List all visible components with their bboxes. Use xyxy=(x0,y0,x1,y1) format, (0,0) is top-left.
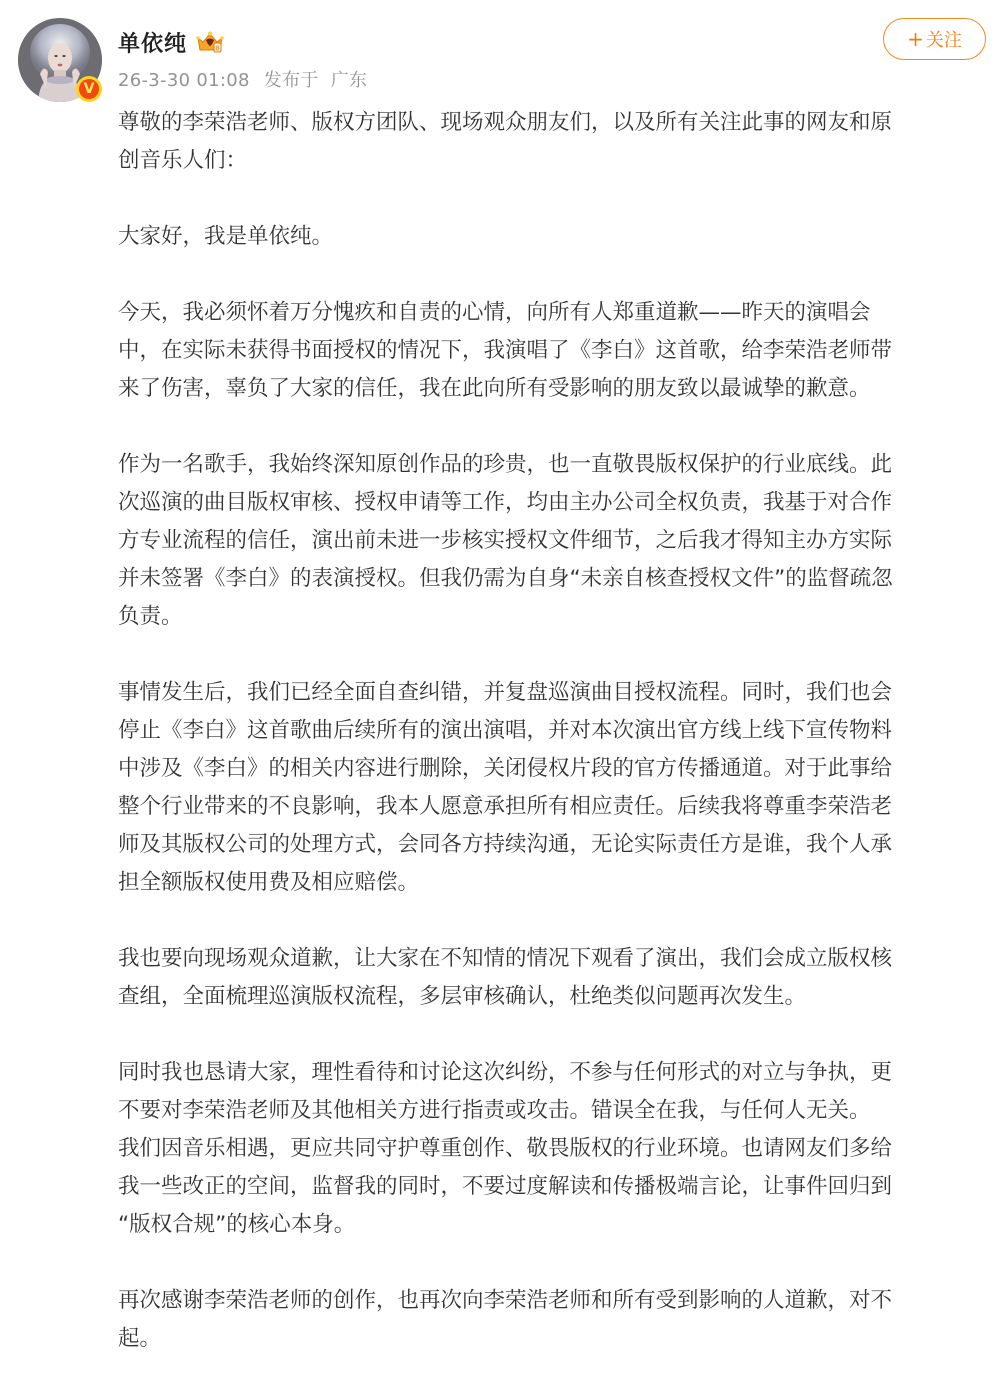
verified-v-icon: V xyxy=(79,79,99,99)
text-line: 担全额版权使用费及相应赔偿。 xyxy=(118,864,988,902)
text-line: 整个行业带来的不良影响，我本人愿意承担所有相应责任。后续我将尊重李荣浩老 xyxy=(118,788,988,826)
paragraph-salutation: 尊敬的李荣浩老师、版权方团队、现场观众朋友们，以及所有关注此事的网友和原 创音乐… xyxy=(118,104,988,180)
text-line: “版权合规”的核心本身。 xyxy=(118,1206,988,1244)
text-line: 今天，我必须怀着万分愧疚和自责的心情，向所有人郑重道歉——昨天的演唱会 xyxy=(118,294,988,332)
text-line: 查组，全面梳理巡演版权流程，多层审核确认，杜绝类似问题再次发生。 xyxy=(118,978,988,1016)
avatar[interactable]: V xyxy=(18,18,102,102)
text-line: 作为一名歌手，我始终深知原创作品的珍贵，也一直敬畏版权保护的行业底线。此 xyxy=(118,446,988,484)
text-line: 创音乐人们： xyxy=(118,142,988,180)
post-datetime[interactable]: 26-3-30 01:08 xyxy=(118,70,250,91)
paragraph-greeting: 大家好，我是单依纯。 xyxy=(118,218,988,256)
text-line: 中涉及《李白》的相关内容进行删除，关闭侵权片段的官方传播通道。对于此事给 xyxy=(118,750,988,788)
svg-text:8: 8 xyxy=(215,45,219,53)
post-location: 广东 xyxy=(331,70,368,91)
text-line: 次巡演的曲目版权审核、授权申请等工作，均由主办公司全权负责，我基于对合作 xyxy=(118,484,988,522)
paragraph-closing: 再次感谢李荣浩老师的创作，也再次向李荣浩老师和所有受到影响的人道歉，对不 起。 xyxy=(118,1282,988,1358)
follow-button-label: 关注 xyxy=(926,26,962,52)
paragraph-explanation: 作为一名歌手，我始终深知原创作品的珍贵，也一直敬畏版权保护的行业底线。此 次巡演… xyxy=(118,446,988,636)
author-row: 单依纯 8 xyxy=(118,26,225,58)
text-line: 起。 xyxy=(118,1320,988,1358)
text-line: 师及其版权公司的处理方式，会同各方持续沟通，无论实际责任方是谁，我个人承 xyxy=(118,826,988,864)
plus-icon: + xyxy=(907,29,924,49)
text-line: 我也要向现场观众道歉，让大家在不知情的情况下观看了演出，我们会成立版权核 xyxy=(118,940,988,978)
weibo-post: V 单依纯 8 26-3-30 01:08 发布于 广东 xyxy=(0,0,1004,1382)
crown-member-icon[interactable]: 8 xyxy=(195,30,225,54)
verified-badge: V xyxy=(76,76,102,102)
text-line: 不要对李荣浩老师及其他相关方进行指责或攻击。错误全在我，与任何人无关。 xyxy=(118,1092,988,1130)
text-line: 事情发生后，我们已经全面自查纠错，并复盘巡演曲目授权流程。同时，我们也会 xyxy=(118,674,988,712)
text-line: 同时我也恳请大家，理性看待和讨论这次纠纷，不参与任何形式的对立与争执，更 xyxy=(118,1054,988,1092)
text-line: 大家好，我是单依纯。 xyxy=(118,218,988,256)
text-line: 停止《李白》这首歌曲后续所有的演出演唱，并对本次演出官方线上线下宣传物料 xyxy=(118,712,988,750)
paragraph-appeal: 同时我也恳请大家，理性看待和讨论这次纠纷，不参与任何形式的对立与争执，更 不要对… xyxy=(118,1054,988,1244)
follow-button[interactable]: + 关注 xyxy=(883,18,986,60)
post-location-prefix: 发布于 xyxy=(264,70,319,91)
author-name[interactable]: 单依纯 xyxy=(118,27,187,58)
text-line: 负责。 xyxy=(118,598,988,636)
text-line: 来了伤害，辜负了大家的信任，我在此向所有受影响的朋友致以最诚挚的歉意。 xyxy=(118,370,988,408)
text-line: 尊敬的李荣浩老师、版权方团队、现场观众朋友们，以及所有关注此事的网友和原 xyxy=(118,104,988,142)
text-line: 再次感谢李荣浩老师的创作，也再次向李荣浩老师和所有受到影响的人道歉，对不 xyxy=(118,1282,988,1320)
post-header: V 单依纯 8 26-3-30 01:08 发布于 广东 xyxy=(0,0,1004,108)
text-line: 中，在实际未获得书面授权的情况下，我演唱了《李白》这首歌，给李荣浩老师带 xyxy=(118,332,988,370)
text-line: 我一些改正的空间，监督我的同时，不要过度解读和传播极端言论，让事件回归到 xyxy=(118,1168,988,1206)
paragraph-audience: 我也要向现场观众道歉，让大家在不知情的情况下观看了演出，我们会成立版权核 查组，… xyxy=(118,940,988,1016)
text-line: 并未签署《李白》的表演授权。但我仍需为自身“未亲自核查授权文件”的监督疏忽 xyxy=(118,560,988,598)
post-content: 尊敬的李荣浩老师、版权方团队、现场观众朋友们，以及所有关注此事的网友和原 创音乐… xyxy=(118,104,988,1358)
paragraph-apology: 今天，我必须怀着万分愧疚和自责的心情，向所有人郑重道歉——昨天的演唱会 中，在实… xyxy=(118,294,988,408)
paragraph-actions: 事情发生后，我们已经全面自查纠错，并复盘巡演曲目授权流程。同时，我们也会 停止《… xyxy=(118,674,988,902)
post-meta: 26-3-30 01:08 发布于 广东 xyxy=(118,66,367,92)
text-line: 我们因音乐相遇，更应共同守护尊重创作、敬畏版权的行业环境。也请网友们多给 xyxy=(118,1130,988,1168)
text-line: 方专业流程的信任，演出前未进一步核实授权文件细节，之后我才得知主办方实际 xyxy=(118,522,988,560)
